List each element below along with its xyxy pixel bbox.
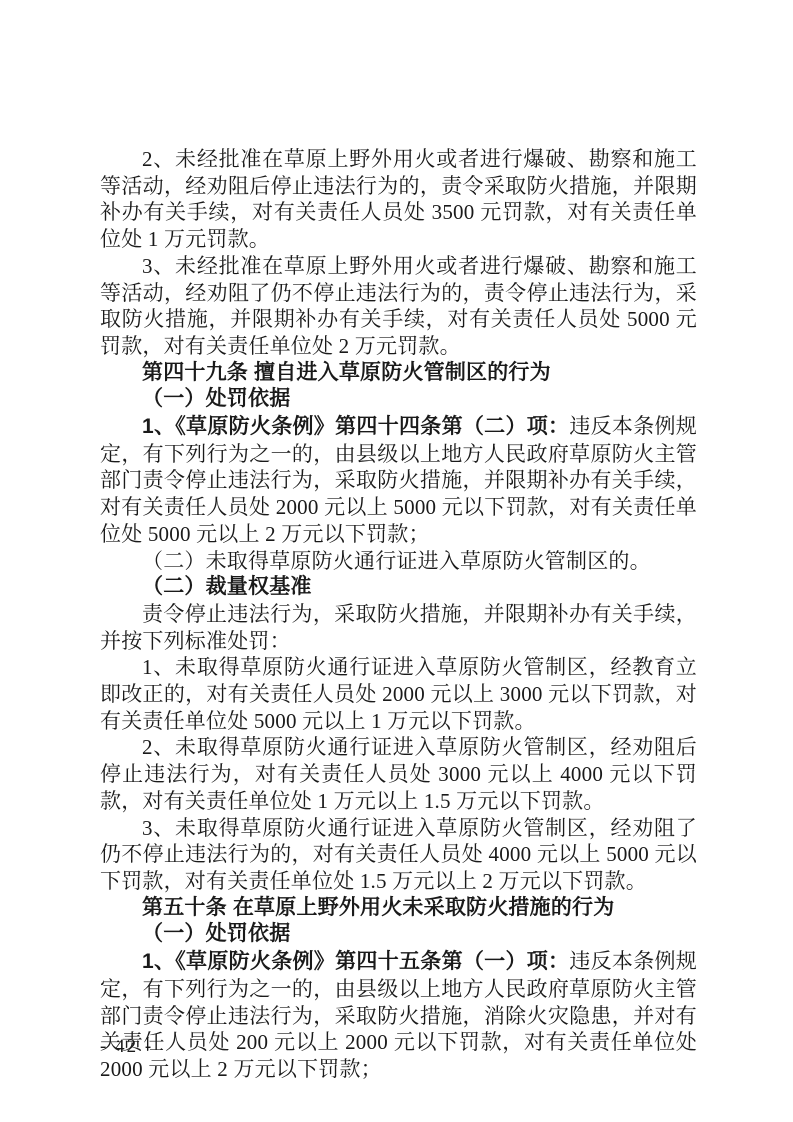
article-49-standard-2: 2、未取得草原防火通行证进入草原防火管制区，经劝阻后停止违法行为，对有关责任人员…: [100, 734, 697, 814]
article-50-penalty-basis-heading: （一）处罚依据: [100, 921, 697, 948]
article-49-standard-1: 1、未取得草原防火通行证进入草原防火管制区，经教育立即改正的，对有关责任人员处 …: [100, 654, 697, 734]
article-49-standard-3: 3、未取得草原防火通行证进入草原防火管制区，经劝阻了仍不停止违法行为的，对有关责…: [100, 815, 697, 895]
article-49-discretion-intro: 责令停止违法行为，采取防火措施，并限期补办有关手续，并按下列标准处罚：: [100, 601, 697, 654]
paragraph-item-3-unapproved-fire-use: 3、未经批准在草原上野外用火或者进行爆破、勘察和施工等活动，经劝阻了仍不停止违法…: [100, 253, 697, 360]
citation-label: 1、《草原防火条例》第四十五条第（一）项：: [142, 950, 569, 973]
article-49-penalty-basis-heading: （一）处罚依据: [100, 386, 697, 413]
article-50-regulation-citation: 1、《草原防火条例》第四十五条第（一）项：违反本条例规定，有下列行为之一的，由县…: [100, 948, 697, 1083]
article-49-regulation-citation: 1、《草原防火条例》第四十四条第（二）项：违反本条例规定，有下列行为之一的，由县…: [100, 413, 697, 548]
article-50-heading: 第五十条 在草原上野外用火未采取防火措施的行为: [100, 895, 697, 922]
article-49-discretion-standard-heading: （二）裁量权基准: [100, 574, 697, 601]
document-body: 2、未经批准在草原上野外用火或者进行爆破、勘察和施工等活动，经劝阻后停止违法行为…: [100, 146, 697, 1083]
page-number: - 42 -: [100, 1036, 153, 1058]
paragraph-item-2-unapproved-fire-use: 2、未经批准在草原上野外用火或者进行爆破、勘察和施工等活动，经劝阻后停止违法行为…: [100, 146, 697, 253]
citation-label: 1、《草原防火条例》第四十四条第（二）项：: [142, 415, 569, 438]
article-49-heading: 第四十九条 擅自进入草原防火管制区的行为: [100, 360, 697, 387]
document-page: 2、未经批准在草原上野外用火或者进行爆破、勘察和施工等活动，经劝阻后停止违法行为…: [0, 0, 793, 1122]
article-49-item-2-no-permit: （二）未取得草原防火通行证进入草原防火管制区的。: [100, 548, 697, 575]
